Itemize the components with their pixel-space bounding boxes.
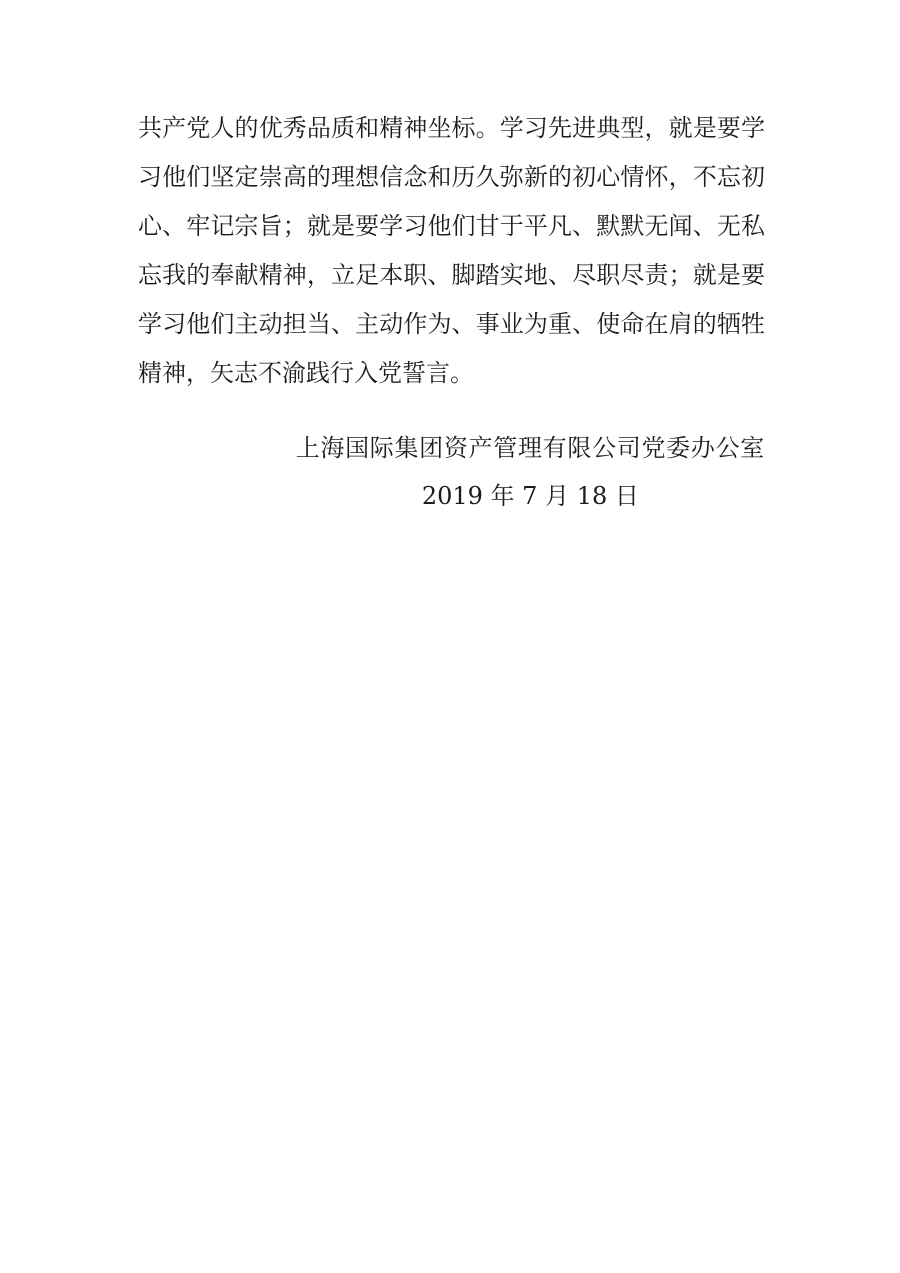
signature-org-name: 上海国际集团资产管理有限公司党委办公室 <box>296 424 765 473</box>
signature-date: 2019 年 7 月 18 日 <box>422 473 639 520</box>
document-content: 共产党人的优秀品质和精神坐标。学习先进典型，就是要学习他们坚定崇高的理想信念和历… <box>138 104 765 520</box>
signature-block: 上海国际集团资产管理有限公司党委办公室 2019 年 7 月 18 日 <box>296 424 765 520</box>
document-page: 共产党人的优秀品质和精神坐标。学习先进典型，就是要学习他们坚定崇高的理想信念和历… <box>0 0 900 1273</box>
body-paragraph: 共产党人的优秀品质和精神坐标。学习先进典型，就是要学习他们坚定崇高的理想信念和历… <box>138 104 765 398</box>
